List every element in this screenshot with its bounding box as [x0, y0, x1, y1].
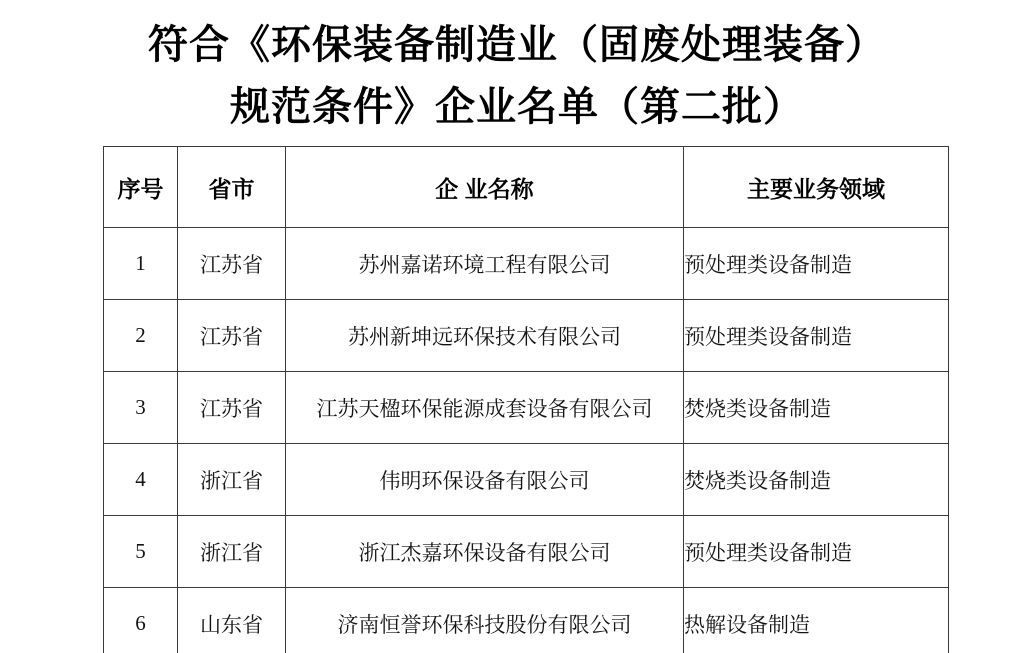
cell-province: 江苏省 — [178, 300, 286, 372]
cell-no: 6 — [104, 588, 178, 653]
table-row: 3 江苏省 江苏天楹环保能源成套设备有限公司 焚烧类设备制造 — [104, 372, 949, 444]
cell-field: 预处理类设备制造 — [684, 300, 949, 372]
cell-no: 4 — [104, 444, 178, 516]
page-title-line-1: 符合《环保装备制造业（固废处理装备） — [0, 14, 1034, 76]
header-no: 序号 — [104, 147, 178, 228]
cell-no: 2 — [104, 300, 178, 372]
page-title-line-2: 规范条件》企业名单（第二批） — [0, 76, 1034, 138]
cell-company: 苏州新坤远环保技术有限公司 — [286, 300, 684, 372]
page-title: 符合《环保装备制造业（固废处理装备） 规范条件》企业名单（第二批） — [0, 0, 1034, 138]
cell-company: 济南恒誉环保科技股份有限公司 — [286, 588, 684, 653]
cell-no: 3 — [104, 372, 178, 444]
table-row: 1 江苏省 苏州嘉诺环境工程有限公司 预处理类设备制造 — [104, 228, 949, 300]
cell-field: 焚烧类设备制造 — [684, 372, 949, 444]
cell-province: 浙江省 — [178, 444, 286, 516]
cell-no: 5 — [104, 516, 178, 588]
cell-no: 1 — [104, 228, 178, 300]
table-row: 2 江苏省 苏州新坤远环保技术有限公司 预处理类设备制造 — [104, 300, 949, 372]
cell-province: 浙江省 — [178, 516, 286, 588]
cell-company: 浙江杰嘉环保设备有限公司 — [286, 516, 684, 588]
table-header: 序号 省市 企 业名称 主要业务领域 — [104, 147, 949, 228]
cell-company: 伟明环保设备有限公司 — [286, 444, 684, 516]
cell-field: 预处理类设备制造 — [684, 516, 949, 588]
header-company: 企 业名称 — [286, 147, 684, 228]
header-field: 主要业务领域 — [684, 147, 949, 228]
cell-province: 江苏省 — [178, 228, 286, 300]
header-province: 省市 — [178, 147, 286, 228]
table-row: 6 山东省 济南恒誉环保科技股份有限公司 热解设备制造 — [104, 588, 949, 653]
table-body: 1 江苏省 苏州嘉诺环境工程有限公司 预处理类设备制造 2 江苏省 苏州新坤远环… — [104, 228, 949, 653]
cell-field: 热解设备制造 — [684, 588, 949, 653]
table-row: 4 浙江省 伟明环保设备有限公司 焚烧类设备制造 — [104, 444, 949, 516]
cell-field: 焚烧类设备制造 — [684, 444, 949, 516]
cell-company: 苏州嘉诺环境工程有限公司 — [286, 228, 684, 300]
company-table: 序号 省市 企 业名称 主要业务领域 1 江苏省 苏州嘉诺环境工程有限公司 预处… — [103, 146, 949, 653]
cell-company: 江苏天楹环保能源成套设备有限公司 — [286, 372, 684, 444]
cell-province: 山东省 — [178, 588, 286, 653]
cell-field: 预处理类设备制造 — [684, 228, 949, 300]
table-row: 5 浙江省 浙江杰嘉环保设备有限公司 预处理类设备制造 — [104, 516, 949, 588]
header-row: 序号 省市 企 业名称 主要业务领域 — [104, 147, 949, 228]
cell-province: 江苏省 — [178, 372, 286, 444]
